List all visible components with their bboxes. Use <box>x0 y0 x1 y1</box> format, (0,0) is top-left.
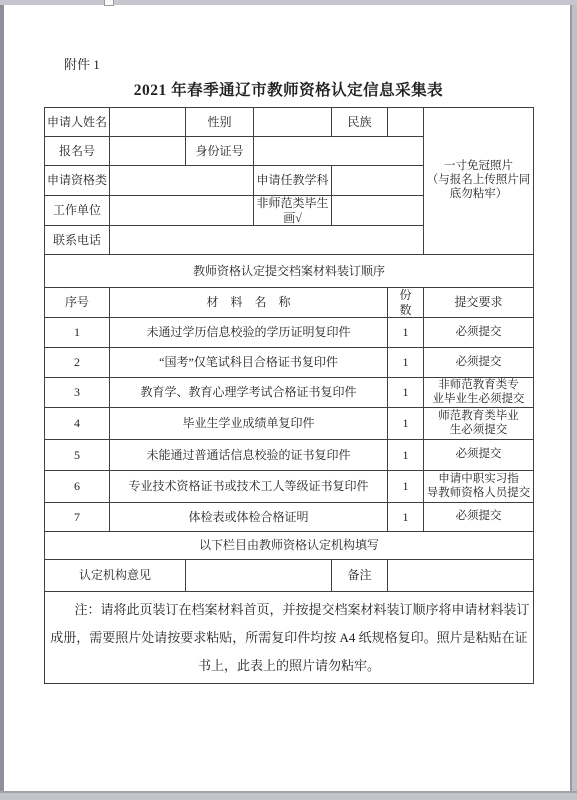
material-name: 专业技术资格证书或技术工人等级证书复印件 <box>110 471 388 503</box>
material-requirement: 必须提交 <box>424 440 534 471</box>
materials-section-title: 教师资格认定提交档案材料装订顺序 <box>45 255 534 288</box>
remark-value-cell <box>388 560 534 592</box>
right-chrome-strip <box>570 0 577 800</box>
material-name: 未能通过普通话信息校验的证书复印件 <box>110 440 388 471</box>
material-copies: 1 <box>388 378 424 408</box>
page-title: 2021 年春季通辽市教师资格认定信息采集表 <box>0 78 577 100</box>
teaching-subject-value-cell <box>332 166 424 196</box>
material-no: 6 <box>45 471 110 503</box>
page-handle-notch <box>104 0 114 6</box>
qualification-type-label: 申请资格类 <box>45 166 110 196</box>
non-normal-graduate-value-cell <box>332 196 424 226</box>
material-requirement: 必须提交 <box>424 503 534 532</box>
material-copies: 1 <box>388 503 424 532</box>
contact-phone-value-cell <box>110 226 424 255</box>
material-copies: 1 <box>388 318 424 348</box>
material-name: 体检表或体检合格证明 <box>110 503 388 532</box>
material-no: 4 <box>45 408 110 440</box>
material-copies: 1 <box>388 408 424 440</box>
material-row: 6 专业技术资格证书或技术工人等级证书复印件 1 申请中职实习指 导教师资格人员… <box>45 471 534 503</box>
material-name: 教育学、教育心理学考试合格证书复印件 <box>110 378 388 408</box>
teaching-subject-label: 申请任教学科 <box>254 166 332 196</box>
col-header-requirement: 提交要求 <box>424 288 534 318</box>
material-no: 1 <box>45 318 110 348</box>
material-requirement: 申请中职实习指 导教师资格人员提交 <box>424 471 534 503</box>
material-no: 5 <box>45 440 110 471</box>
gender-label: 性别 <box>186 108 254 137</box>
remark-label: 备注 <box>332 560 388 592</box>
document-page: 附件 1 2021 年春季通辽市教师资格认定信息采集表 申请人姓名 性别 民族 … <box>0 0 577 800</box>
material-name: “国考”仅笔试科目合格证书复印件 <box>110 348 388 378</box>
material-requirement: 必须提交 <box>424 318 534 348</box>
material-row: 2 “国考”仅笔试科目合格证书复印件 1 必须提交 <box>45 348 534 378</box>
material-requirement: 师范教育类毕业 生必须提交 <box>424 408 534 440</box>
material-name: 未通过学历信息校验的学历证明复印件 <box>110 318 388 348</box>
material-row: 5 未能通过普通话信息校验的证书复印件 1 必须提交 <box>45 440 534 471</box>
ethnicity-label: 民族 <box>332 108 388 137</box>
non-normal-graduate-label: 非师范类毕生画√ <box>254 196 332 226</box>
attachment-label: 附件 1 <box>64 54 100 73</box>
material-requirement: 必须提交 <box>424 348 534 378</box>
top-chrome-bar <box>0 0 577 5</box>
material-row: 4 毕业生学业成绩单复印件 1 师范教育类毕业 生必须提交 <box>45 408 534 440</box>
photo-box: 一寸免冠照片 （与报名上传照片同 底勿粘牢） <box>424 108 534 255</box>
material-copies: 1 <box>388 471 424 503</box>
left-chrome-strip <box>0 0 4 800</box>
contact-phone-label: 联系电话 <box>45 226 110 255</box>
ethnicity-value-cell <box>388 108 424 137</box>
material-no: 3 <box>45 378 110 408</box>
material-no: 2 <box>45 348 110 378</box>
applicant-name-value-cell <box>110 108 186 137</box>
photo-note-line1: 一寸免冠照片 <box>426 160 531 174</box>
applicant-name-label: 申请人姓名 <box>45 108 110 137</box>
authority-opinion-value-cell <box>186 560 332 592</box>
binding-note-cell: 注：请将此页装订在档案材料首页，并按提交档案材料装订顺序将申请材料装订成册，需要… <box>45 592 534 684</box>
binding-note-text: 注：请将此页装订在档案材料首页，并按提交档案材料装订顺序将申请材料装订成册，需要… <box>47 596 531 680</box>
id-number-label: 身份证号 <box>186 137 254 166</box>
work-unit-label: 工作单位 <box>45 196 110 226</box>
registration-no-value-cell <box>110 137 186 166</box>
gender-value-cell <box>254 108 332 137</box>
bottom-chrome-bar <box>0 791 577 800</box>
material-requirement: 非师范教育类专 业毕业生必须提交 <box>424 378 534 408</box>
material-copies: 1 <box>388 440 424 471</box>
id-number-value-cell <box>254 137 424 166</box>
qualification-type-value-cell <box>110 166 254 196</box>
authority-opinion-label: 认定机构意见 <box>45 560 186 592</box>
material-no: 7 <box>45 503 110 532</box>
material-row: 3 教育学、教育心理学考试合格证书复印件 1 非师范教育类专 业毕业生必须提交 <box>45 378 534 408</box>
photo-note-line2: （与报名上传照片同 <box>426 174 531 188</box>
col-header-name: 材 料 名 称 <box>110 288 388 318</box>
material-row: 7 体检表或体检合格证明 1 必须提交 <box>45 503 534 532</box>
photo-note-line3: 底勿粘牢） <box>426 188 531 202</box>
form-table: 申请人姓名 性别 民族 一寸免冠照片 （与报名上传照片同 底勿粘牢） 报名号 身… <box>44 107 534 684</box>
work-unit-value-cell <box>110 196 254 226</box>
col-header-no: 序号 <box>45 288 110 318</box>
authority-section-title: 以下栏目由教师资格认定机构填写 <box>45 532 534 560</box>
material-row: 1 未通过学历信息校验的学历证明复印件 1 必须提交 <box>45 318 534 348</box>
registration-no-label: 报名号 <box>45 137 110 166</box>
material-name: 毕业生学业成绩单复印件 <box>110 408 388 440</box>
col-header-copies: 份 数 <box>388 288 424 318</box>
material-copies: 1 <box>388 348 424 378</box>
